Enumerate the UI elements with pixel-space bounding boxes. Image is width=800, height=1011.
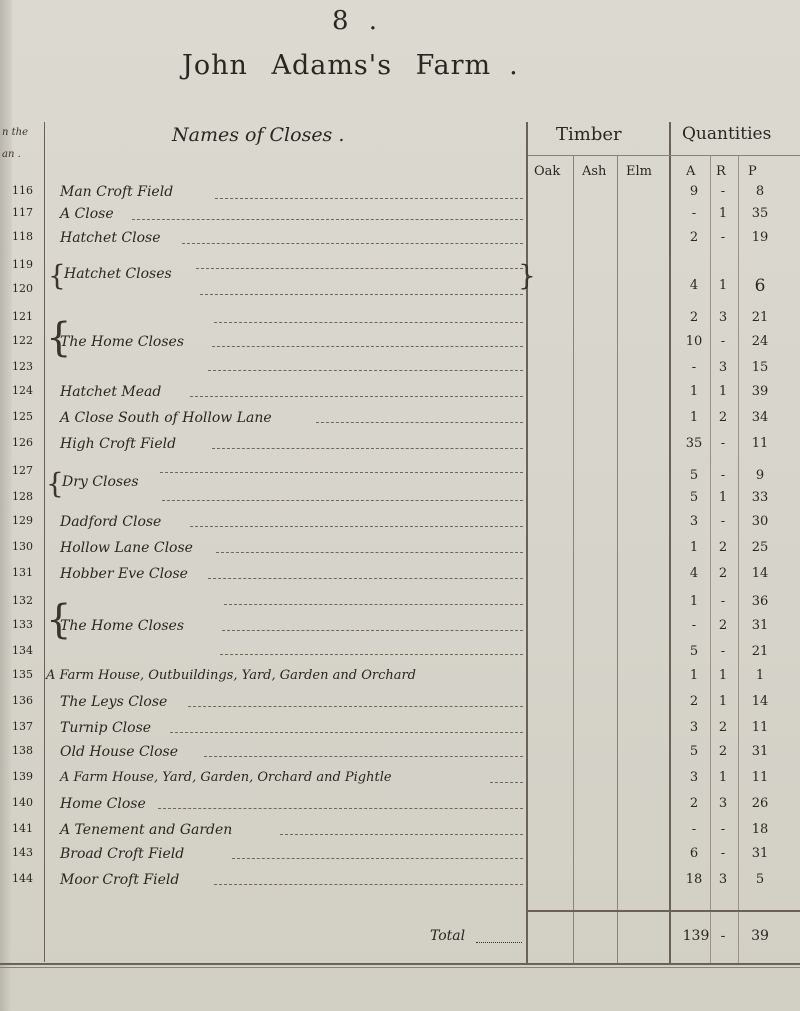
acres-value: 5 <box>676 644 712 659</box>
plan-number: 116 <box>12 184 42 197</box>
plan-number: 117 <box>12 206 42 219</box>
acres-value: 4 <box>676 566 712 581</box>
close-name: Dry Closes <box>62 474 139 490</box>
close-name: Hatchet Close <box>60 230 161 246</box>
roods-value: 2 <box>708 720 738 735</box>
dotted-leader <box>222 630 523 631</box>
roods-value: 3 <box>708 310 738 325</box>
title-suffix: . <box>509 50 519 81</box>
dotted-leader <box>158 808 523 809</box>
acres-value: 3 <box>676 770 712 785</box>
table-row: 139 A Farm House, Yard, Garden, Orchard … <box>0 770 800 792</box>
plan-number: 124 <box>12 384 42 397</box>
perches-value: 9 <box>740 468 780 483</box>
dotted-leader <box>224 604 523 605</box>
perches-value: 11 <box>740 436 780 451</box>
close-name: Turnip Close <box>60 720 151 736</box>
dotted-leader <box>316 422 523 423</box>
close-name: A Close <box>60 206 114 222</box>
close-name: Man Croft Field <box>60 184 173 200</box>
table-row: 138 Old House Close 5 2 31 <box>0 744 800 766</box>
perches-value: 31 <box>740 744 780 759</box>
acres-value: 5 <box>676 744 712 759</box>
plan-number: 135 <box>12 668 42 681</box>
acres-value: 2 <box>676 230 712 245</box>
table-row: 128 5 1 33 <box>0 490 800 512</box>
roods-value: 3 <box>708 360 738 375</box>
acres-value: 1 <box>676 594 712 609</box>
dotted-leader <box>188 706 523 707</box>
table-row: 135 A Farm House, Outbuildings, Yard, Ga… <box>0 668 800 690</box>
roods-value: 1 <box>708 770 738 785</box>
table-row: 129 Dadford Close 3 - 30 <box>0 514 800 536</box>
plan-number: 144 <box>12 872 42 885</box>
dotted-leader <box>220 654 523 655</box>
perches-value: 8 <box>740 184 780 199</box>
table-row: 116 Man Croft Field 9 - 8 <box>0 184 800 206</box>
roods-value: - <box>708 436 738 451</box>
quantities-header: Quantities <box>682 124 771 144</box>
acres-value: 10 <box>676 334 712 349</box>
acres-value: 1 <box>676 540 712 555</box>
roods-value: - <box>708 514 738 529</box>
dotted-leader <box>160 472 523 473</box>
dotted-leader <box>214 322 523 323</box>
dotted-leader <box>200 294 523 295</box>
total-roods: - <box>708 928 738 944</box>
table-row: 136 The Leys Close 2 1 14 <box>0 694 800 716</box>
plan-number: 141 <box>12 822 42 835</box>
plan-number: 140 <box>12 796 42 809</box>
table-row: 130 Hollow Lane Close 1 2 25 <box>0 540 800 562</box>
dotted-leader <box>132 219 523 220</box>
acres-value: 6 <box>676 846 712 861</box>
perches-value: 15 <box>740 360 780 375</box>
plan-number: 127 <box>12 464 42 477</box>
perches-value: 11 <box>740 720 780 735</box>
dotted-leader <box>208 578 523 579</box>
close-name: A Close South of Hollow Lane <box>60 410 272 426</box>
bottom-rule-thin <box>0 967 800 968</box>
plan-number: 134 <box>12 644 42 657</box>
dotted-leader <box>212 346 523 347</box>
plan-number: 136 <box>12 694 42 707</box>
acres-value: 35 <box>676 436 712 451</box>
table-row: 124 Hatchet Mead 1 1 39 <box>0 384 800 406</box>
plan-number: 129 <box>12 514 42 527</box>
acres-value: 2 <box>676 796 712 811</box>
acres-value: - <box>676 618 712 633</box>
perches-value: 26 <box>740 796 780 811</box>
acres-value: 3 <box>676 514 712 529</box>
perches-value: 39 <box>740 384 780 399</box>
roods-value: - <box>708 846 738 861</box>
total-top-rule <box>528 910 800 912</box>
close-name: Hatchet Closes <box>64 266 172 282</box>
plan-number: 130 <box>12 540 42 553</box>
close-name: The Leys Close <box>60 694 167 710</box>
perches-value: 14 <box>740 566 780 581</box>
roods-value: 2 <box>708 618 738 633</box>
oak-header: Oak <box>534 164 560 179</box>
perches-value: 6 <box>740 276 780 296</box>
total-perches: 39 <box>740 928 780 944</box>
dotted-leader <box>212 448 523 449</box>
plan-number: 132 <box>12 594 42 607</box>
perches-value: 24 <box>740 334 780 349</box>
timber-header: Timber <box>556 124 622 145</box>
table-row: 134 5 - 21 <box>0 644 800 666</box>
table-row: 131 Hobber Eve Close 4 2 14 <box>0 566 800 588</box>
dotted-leader <box>214 884 523 885</box>
acres-value: 5 <box>676 468 712 483</box>
dotted-leader <box>280 834 523 835</box>
plan-number: 138 <box>12 744 42 757</box>
table-row: 123 - 3 15 <box>0 360 800 382</box>
table-row: 119 Hatchet Closes <box>0 258 800 280</box>
acres-value: - <box>676 822 712 837</box>
dotted-leader <box>490 782 523 783</box>
ash-header: Ash <box>582 164 606 179</box>
plan-header-line1: n the <box>2 122 28 144</box>
plan-header-line2: an . <box>2 144 28 166</box>
perches-value: 31 <box>740 846 780 861</box>
acres-value: 1 <box>676 668 712 683</box>
table-row: 125 A Close South of Hollow Lane 1 2 34 <box>0 410 800 432</box>
perches-value: 18 <box>740 822 780 837</box>
perches-value: 36 <box>740 594 780 609</box>
close-name: Hollow Lane Close <box>60 540 193 556</box>
acres-value: 18 <box>676 872 712 887</box>
dotted-leader <box>216 552 523 553</box>
roods-value: 2 <box>708 410 738 425</box>
page-title: John Adams's Farm. <box>182 50 519 81</box>
table-row: 117 A Close - 1 35 <box>0 206 800 228</box>
close-name: Hobber Eve Close <box>60 566 188 582</box>
table-row: 133 The Home Closes - 2 31 <box>0 618 800 640</box>
acres-value: 2 <box>676 694 712 709</box>
roods-value: - <box>708 594 738 609</box>
perches-header: P <box>748 164 757 179</box>
roods-value: 2 <box>708 566 738 581</box>
plan-number: 121 <box>12 310 42 323</box>
plan-number: 123 <box>12 360 42 373</box>
roods-header: R <box>716 164 726 179</box>
dotted-leader <box>196 268 523 269</box>
roods-value: 1 <box>708 384 738 399</box>
table-row: 126 High Croft Field 35 - 11 <box>0 436 800 458</box>
perches-value: 30 <box>740 514 780 529</box>
perches-value: 35 <box>740 206 780 221</box>
plan-number: 118 <box>12 230 42 243</box>
bottom-rule <box>0 963 800 965</box>
plan-number: 143 <box>12 846 42 859</box>
dotted-leader <box>208 370 523 371</box>
plan-number: 131 <box>12 566 42 579</box>
table-row: 140 Home Close 2 3 26 <box>0 796 800 818</box>
close-name: Home Close <box>60 796 146 812</box>
ledger-page: 8 . John Adams's Farm. n the an . Names … <box>0 0 800 1011</box>
acres-value: - <box>676 206 712 221</box>
total-label: Total <box>430 928 465 944</box>
dotted-leader <box>182 243 523 244</box>
acres-value: 1 <box>676 384 712 399</box>
roods-value: 2 <box>708 744 738 759</box>
perches-value: 31 <box>740 618 780 633</box>
table-row: 120 4 1 6 <box>0 282 800 304</box>
perches-value: 1 <box>740 668 780 683</box>
plan-number: 128 <box>12 490 42 503</box>
dotted-leader <box>215 198 523 199</box>
roods-value: 1 <box>708 490 738 505</box>
plan-number: 137 <box>12 720 42 733</box>
close-name: A Farm House, Yard, Garden, Orchard and … <box>60 770 392 785</box>
elm-header: Elm <box>626 164 652 179</box>
roods-value: - <box>708 334 738 349</box>
plan-number-header: n the an . <box>2 122 28 166</box>
close-name: A Farm House, Outbuildings, Yard, Garden… <box>46 668 416 683</box>
close-name: Broad Croft Field <box>60 846 184 862</box>
dotted-leader <box>232 858 523 859</box>
roods-value: - <box>708 230 738 245</box>
acres-value: 9 <box>676 184 712 199</box>
plan-number: 126 <box>12 436 42 449</box>
table-row: 137 Turnip Close 3 2 11 <box>0 720 800 742</box>
plan-number: 139 <box>12 770 42 783</box>
acres-value: 1 <box>676 410 712 425</box>
dotted-leader <box>162 500 523 501</box>
perches-value: 34 <box>740 410 780 425</box>
perches-value: 21 <box>740 310 780 325</box>
roods-value: - <box>708 822 738 837</box>
perches-value: 33 <box>740 490 780 505</box>
roods-value: - <box>708 468 738 483</box>
close-name: Hatchet Mead <box>60 384 161 400</box>
perches-value: 5 <box>740 872 780 887</box>
close-name: Old House Close <box>60 744 178 760</box>
total-dotted-leader <box>476 942 522 943</box>
roods-value: - <box>708 184 738 199</box>
plan-number: 120 <box>12 282 42 295</box>
table-row: 132 1 - 36 <box>0 594 800 616</box>
close-name: High Croft Field <box>60 436 176 452</box>
perches-value: 19 <box>740 230 780 245</box>
roods-value: 1 <box>708 668 738 683</box>
roods-value: 2 <box>708 540 738 555</box>
perches-value: 14 <box>740 694 780 709</box>
plan-number: 133 <box>12 618 42 631</box>
plan-number: 122 <box>12 334 42 347</box>
close-name: The Home Closes <box>60 618 184 634</box>
roods-value: 1 <box>708 278 738 293</box>
roods-value: 1 <box>708 206 738 221</box>
roods-value: 3 <box>708 796 738 811</box>
farm-title-text: John Adams's Farm <box>182 50 491 81</box>
acres-header: A <box>686 164 695 179</box>
close-name: A Tenement and Garden <box>60 822 232 838</box>
perches-value: 25 <box>740 540 780 555</box>
names-of-closes-header: Names of Closes . <box>172 124 344 146</box>
plan-number: 119 <box>12 258 42 271</box>
perches-value: 21 <box>740 644 780 659</box>
dotted-leader <box>170 732 523 733</box>
dotted-leader <box>190 396 523 397</box>
table-row: 144 Moor Croft Field 18 3 5 <box>0 872 800 894</box>
close-name: Moor Croft Field <box>60 872 179 888</box>
perches-value: 11 <box>740 770 780 785</box>
table-row: 141 A Tenement and Garden - - 18 <box>0 822 800 844</box>
roods-value: 3 <box>708 872 738 887</box>
acres-value: - <box>676 360 712 375</box>
close-name: The Home Closes <box>60 334 184 350</box>
roods-value: 1 <box>708 694 738 709</box>
acres-value: 5 <box>676 490 712 505</box>
table-row: 143 Broad Croft Field 6 - 31 <box>0 846 800 868</box>
page-number: 8 . <box>332 6 383 36</box>
subheader-rule <box>528 155 800 156</box>
acres-value: 2 <box>676 310 712 325</box>
dotted-leader <box>204 756 523 757</box>
plan-number: 125 <box>12 410 42 423</box>
table-row: 122 The Home Closes 10 - 24 <box>0 334 800 356</box>
table-row: 118 Hatchet Close 2 - 19 <box>0 230 800 252</box>
table-row: 121 2 3 21 <box>0 310 800 332</box>
close-name: Dadford Close <box>60 514 161 530</box>
roods-value: - <box>708 644 738 659</box>
table-row: 127 Dry Closes 5 - 9 <box>0 464 800 486</box>
acres-value: 3 <box>676 720 712 735</box>
acres-value: 4 <box>676 278 712 293</box>
dotted-leader <box>190 526 523 527</box>
